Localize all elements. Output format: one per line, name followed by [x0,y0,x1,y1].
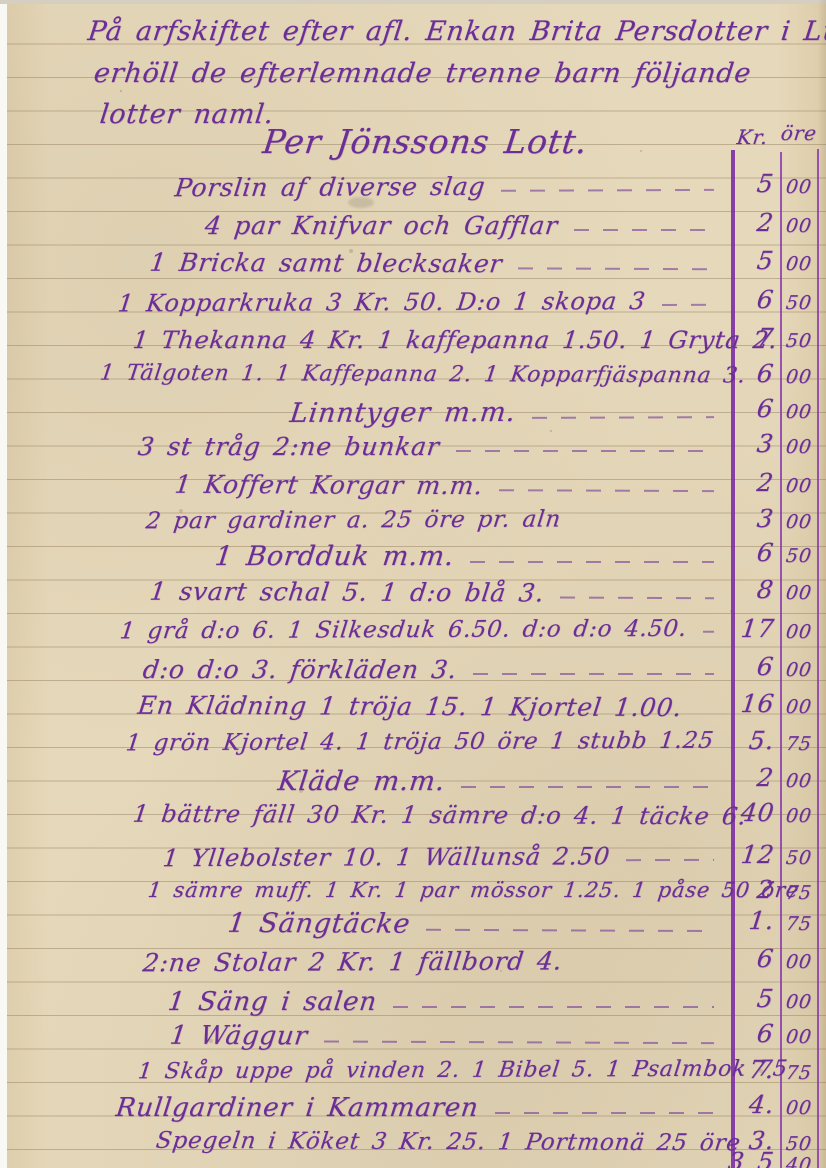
dash-trail [501,189,714,192]
item-text: 1 Yllebolster 10. 1 Wällunså 2.50 [161,842,611,872]
ledger-row: 1 Skåp uppe på vinden 2. 1 Bibel 5. 1 Ps… [138,1057,726,1085]
item-text: Spegeln i Köket 3 Kr. 25. 1 Portmonä 25 … [154,1128,742,1157]
amount-kr: 7 [686,323,774,352]
amount-kr: 6 [686,285,774,314]
amount-ore: 00 [786,176,816,198]
ledger-row: 1 Sängtäcke [228,908,726,941]
amount-kr: 17 [686,614,774,643]
item-text: 2 par gardiner a. 25 öre pr. aln [144,506,562,534]
amount-kr: 6 [686,652,774,681]
amount-ore: 00 [786,511,816,533]
amount-ore: 75 [786,733,816,755]
column-header-ore: öre [781,121,817,145]
amount-ore: 00 [786,1026,816,1048]
item-text: 1 Bricka samt blecksaker [148,248,504,279]
item-text: 3 st tråg 2:ne bunkar [136,432,441,461]
amount-kr: 16 [686,689,774,718]
amount-kr: 6 [686,359,774,388]
ledger-row: 2 par gardiner a. 25 öre pr. aln [146,506,726,535]
amount-ore: 75 [786,882,816,904]
amount-ore: 00 [786,1097,816,1119]
ledger-row: 1 Wäggur [170,1021,726,1053]
item-text: 4 par Knifvar och Gafflar [203,211,560,240]
column-header-kr: Kr. [737,125,768,149]
amount-kr: 8 [686,575,774,604]
item-text: 1 bättre fäll 30 Kr. 1 sämre d:o 4. 1 tä… [131,800,748,831]
amount-kr: 5 [686,246,774,275]
amount-ore: 00 [786,215,816,237]
header-line-1: På arfskiftet efter afl. Enkan Brita Per… [88,16,826,47]
dash-trail [518,267,714,270]
dash-trail [461,786,714,788]
amount-kr: 7. [686,1055,774,1084]
amount-kr: 6 [686,538,774,567]
item-text: d:o d:o 3. förkläden 3. [141,655,459,684]
amount-ore: 00 [786,366,816,388]
amount-kr: 3 [686,429,774,458]
item-text: 1 Thekanna 4 Kr. 1 kaffepanna 1.50. 1 Gr… [131,326,779,354]
amount-kr: 5 [686,984,774,1013]
amount-kr: 3 [686,504,774,533]
amount-ore: 50 [786,292,816,314]
amount-ore: 00 [786,770,816,792]
ledger-row: 1 Säng i salen [168,987,726,1017]
ledger-row: 1 Kopparkruka 3 Kr. 50. D:o 1 skopa 3 [118,287,726,318]
ledger-row: 1 grön Kjortel 4. 1 tröja 50 öre 1 stubb… [126,728,726,757]
dash-trail [393,1006,714,1008]
ledger-row: Rullgardiner i Kammaren [116,1093,726,1123]
amount-kr: 2 [686,208,774,237]
ledger-row: Linntyger m.m. [290,396,726,429]
amount-ore: 00 [786,696,816,718]
amount-kr: 2 [686,763,774,792]
section-title: Per Jönssons Lott. [263,122,587,161]
dash-trail [473,673,714,675]
amount-ore: 00 [786,401,816,423]
amount-ore: 50 [786,330,816,352]
amount-ore: 00 [786,621,816,643]
ledger-row: Porslin af diverse slag [175,171,726,202]
amount-kr: 5. [686,726,774,755]
ledger-row: 1 Thekanna 4 Kr. 1 kaffepanna 1.50. 1 Gr… [133,326,726,354]
amount-ore: 00 [786,436,816,458]
amount-ore: 50 [786,545,816,567]
ledger-row: 1 Koffert Korgar m.m. [175,470,726,501]
item-text: 1 Bordduk m.m. [213,541,456,572]
item-text: 1 grå d:o 6. 1 Silkesduk 6.50. d:o d:o 4… [118,616,688,644]
ledger-row: 1 bättre fäll 30 Kr. 1 sämre d:o 4. 1 tä… [133,800,726,831]
manuscript-page: På arfskiftet efter afl. Enkan Brita Per… [0,0,826,1168]
ledger-row: Kläde m.m. [278,766,726,797]
amount-kr: 6 [686,944,774,973]
item-text: 1 grön Kjortel 4. 1 tröja 50 öre 1 stubb… [124,728,715,757]
amount-ore: 75 [786,1062,816,1084]
item-text: Rullgardiner i Kammaren [114,1093,480,1123]
amount-kr: 12 [686,840,774,869]
header-text: erhöll de efterlemnade trenne barn följa… [92,58,753,89]
amount-ore: 00 [786,253,816,275]
amount-kr: 2 [686,875,774,904]
amount-kr: 6 [686,394,774,423]
ledger-row: Spegeln i Köket 3 Kr. 25. 1 Portmonä 25 … [156,1128,726,1156]
item-text: 1 Koffert Korgar m.m. [173,470,485,500]
dash-trail [426,929,714,932]
header-text: lotter naml. [98,99,276,130]
amount-kr: 5 [686,169,774,198]
amount-kr: 3 5 [686,1147,774,1168]
ledger-row: 1 Tälgoten 1. 1 Kaffepanna 2. 1 Kopparfj… [100,361,726,389]
amount-kr: 6 [686,1019,774,1048]
ledger-row: 1 Yllebolster 10. 1 Wällunså 2.50 [163,842,726,872]
ledger-row: 1 grå d:o 6. 1 Silkesduk 6.50. d:o d:o 4… [120,616,726,645]
amount-ore: 00 [786,951,816,973]
amount-ore: 00 [786,582,816,604]
item-text: Kläde m.m. [276,766,447,797]
amount-ore: 00 [786,475,816,497]
amount-kr: 4. [686,1090,774,1119]
dash-trail [499,489,714,492]
scan-edge-top [0,0,826,4]
ledger-row: 4 par Knifvar och Gafflar [205,211,726,240]
ledger-row: 3 st tråg 2:ne bunkar [138,432,726,461]
amount-ore: 50 [786,847,816,869]
item-text: 2:ne Stolar 2 Kr. 1 fällbord 4. [141,946,564,977]
ledger-row: 2:ne Stolar 2 Kr. 1 fällbord 4. [143,946,726,978]
item-text: 1 Sängtäcke [226,908,412,940]
page-shading [818,0,826,1168]
item-text: En Klädning 1 tröja 15. 1 Kjortel 1.00. [136,691,684,722]
ledger-row: 1 sämre muff. 1 Kr. 1 par mössor 1.25. 1… [148,878,726,902]
scan-edge-left [0,0,7,1168]
item-text: 1 svart schal 5. 1 d:o blå 3. [148,577,546,608]
header-text: På arfskiftet efter afl. Enkan Brita Per… [86,16,826,47]
amount-ore: 40 [786,1154,816,1168]
dash-trail [456,450,714,452]
amount-ore: 00 [786,991,816,1013]
dash-trail [495,1112,714,1114]
ledger-row: 1 Bordduk m.m. [215,541,726,572]
amount-kr: 1. [686,906,774,935]
item-text: 1 Säng i salen [166,987,379,1017]
ledger-row: d:o d:o 3. förkläden 3. [143,655,726,684]
ledger-row: En Klädning 1 tröja 15. 1 Kjortel 1.00. [138,691,726,723]
dash-trail [470,561,714,563]
item-text: 1 Wäggur [168,1021,309,1052]
amount-column-rule-middle [780,152,782,1168]
amount-kr: 2 [686,468,774,497]
header-line-2: erhöll de efterlemnade trenne barn följa… [94,58,654,89]
amount-ore: 75 [786,913,816,935]
amount-kr: 40 [686,798,774,827]
item-text: Porslin af diverse slag [173,172,487,202]
amount-ore: 50 [786,1133,816,1155]
paper-speckles [120,90,122,92]
item-text: Linntyger m.m. [288,397,517,429]
ledger-row: 1 svart schal 5. 1 d:o blå 3. [150,577,726,609]
amount-ore: 00 [786,805,816,827]
item-text: 1 Kopparkruka 3 Kr. 50. D:o 1 skopa 3 [116,287,647,317]
ledger-row: 1 Bricka samt blecksaker [150,248,726,280]
amount-ore: 00 [786,659,816,681]
item-text: 1 Tälgoten 1. 1 Kaffepanna 2. 1 Kopparfj… [98,361,747,389]
dash-trail [324,1040,714,1044]
